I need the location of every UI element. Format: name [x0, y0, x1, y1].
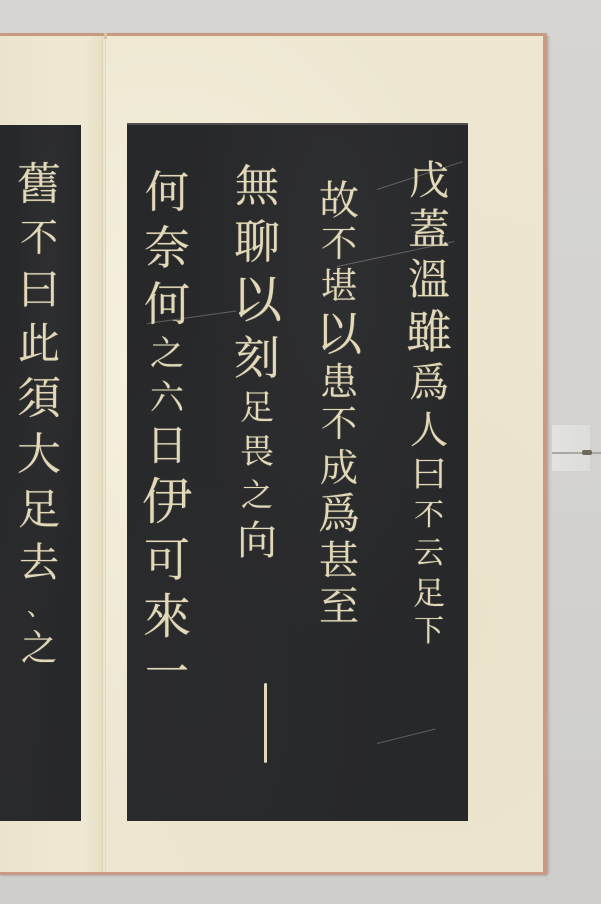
- calligraphy-character: 不: [20, 219, 58, 257]
- calligraphy-character: 不: [414, 501, 444, 531]
- calligraphy-character: 故: [319, 181, 359, 221]
- calligraphy-character: 云: [414, 539, 444, 569]
- calligraphy-character: 蓋: [408, 209, 450, 251]
- calligraphy-character: 日: [146, 425, 188, 467]
- calligraphy-character: 之: [21, 631, 57, 667]
- calligraphy-character: 甚: [319, 541, 359, 581]
- calligraphy-character: 去: [19, 543, 59, 583]
- bookmark-tab: [552, 425, 590, 471]
- calligraphy-character: 此: [18, 323, 60, 365]
- calligraphy-character: 堪: [321, 269, 357, 305]
- calligraphy-character: 曰: [411, 457, 447, 493]
- calligraphy-character: 至: [319, 587, 359, 627]
- calligraphy-character: 何: [145, 171, 189, 215]
- calligraphy-character: 曰: [18, 269, 60, 311]
- calligraphy-column: 無 聊 以 刻 足 畏 之 向: [225, 165, 289, 561]
- bookmark-knot: [582, 450, 592, 455]
- album-gutter-fold: [102, 36, 106, 872]
- gutter-seam: [104, 33, 107, 39]
- calligraphy-character: 聊: [234, 219, 280, 265]
- calligraphy-character: 舊: [17, 163, 61, 207]
- stone-scratch: [377, 728, 435, 743]
- rubbing-panel-left: 舊 不 曰 此 須 大 足 去 、 之: [0, 125, 81, 821]
- calligraphy-character: 足: [413, 577, 445, 609]
- calligraphy-character: 以: [316, 311, 362, 357]
- calligraphy-character: 之: [150, 337, 184, 371]
- calligraphy-character: 何: [144, 281, 190, 327]
- calligraphy-character: 伊: [142, 477, 192, 527]
- calligraphy-character: 下: [414, 617, 444, 647]
- calligraphy-character: 畏: [240, 435, 274, 469]
- calligraphy-character: 奈: [144, 225, 190, 271]
- calligraphy-column: 何 奈 何 之 六 日 伊 可 來 一: [133, 171, 201, 695]
- calligraphy-character: 成: [320, 449, 358, 487]
- calligraphy-character: 刻: [234, 335, 280, 381]
- album-page-spread: 舊 不 曰 此 須 大 足 去 、 之 戊 蓋 溫 雖: [0, 33, 547, 875]
- bookmark-string: [552, 452, 601, 454]
- mounting-paper: 舊 不 曰 此 須 大 足 去 、 之 戊 蓋 溫 雖: [0, 36, 543, 872]
- calligraphy-character: 溫: [408, 259, 450, 301]
- calligraphy-character: 無: [235, 165, 279, 209]
- calligraphy-character: 雖: [406, 309, 452, 355]
- calligraphy-character: 爲: [318, 493, 360, 535]
- calligraphy-column: 戊 蓋 溫 雖 爲 人 曰 不 云 足 下: [399, 161, 459, 647]
- calligraphy-character: 以: [232, 275, 282, 325]
- calligraphy-character: 來: [143, 593, 191, 641]
- calligraphy-character: 六: [150, 381, 184, 415]
- calligraphy-character: 之: [241, 479, 273, 511]
- calligraphy-character: 可: [144, 537, 190, 583]
- calligraphy-character: 向: [237, 521, 277, 561]
- calligraphy-column: 故 不 堪 以 患 不 成 爲 甚 至: [307, 181, 371, 627]
- trailing-brush-stroke: [264, 683, 267, 763]
- calligraphy-character: 大: [17, 433, 61, 477]
- calligraphy-character: 不: [321, 407, 357, 443]
- calligraphy-character: 爲: [409, 363, 449, 403]
- calligraphy-character: 患: [320, 363, 358, 401]
- rubbing-panel-right: 戊 蓋 溫 雖 爲 人 曰 不 云 足 下 故 不 堪 以 患 不 成: [127, 123, 468, 821]
- calligraphy-character: 人: [410, 411, 448, 449]
- calligraphy-column: 舊 不 曰 此 須 大 足 去 、 之: [8, 163, 70, 667]
- calligraphy-character: 戊: [409, 161, 449, 201]
- calligraphy-character: 、: [27, 595, 51, 619]
- calligraphy-character: 足: [18, 489, 60, 531]
- calligraphy-character: 須: [17, 377, 61, 421]
- calligraphy-character: 足: [240, 391, 274, 425]
- calligraphy-character: 一: [145, 651, 189, 695]
- calligraphy-character: 不: [321, 227, 357, 263]
